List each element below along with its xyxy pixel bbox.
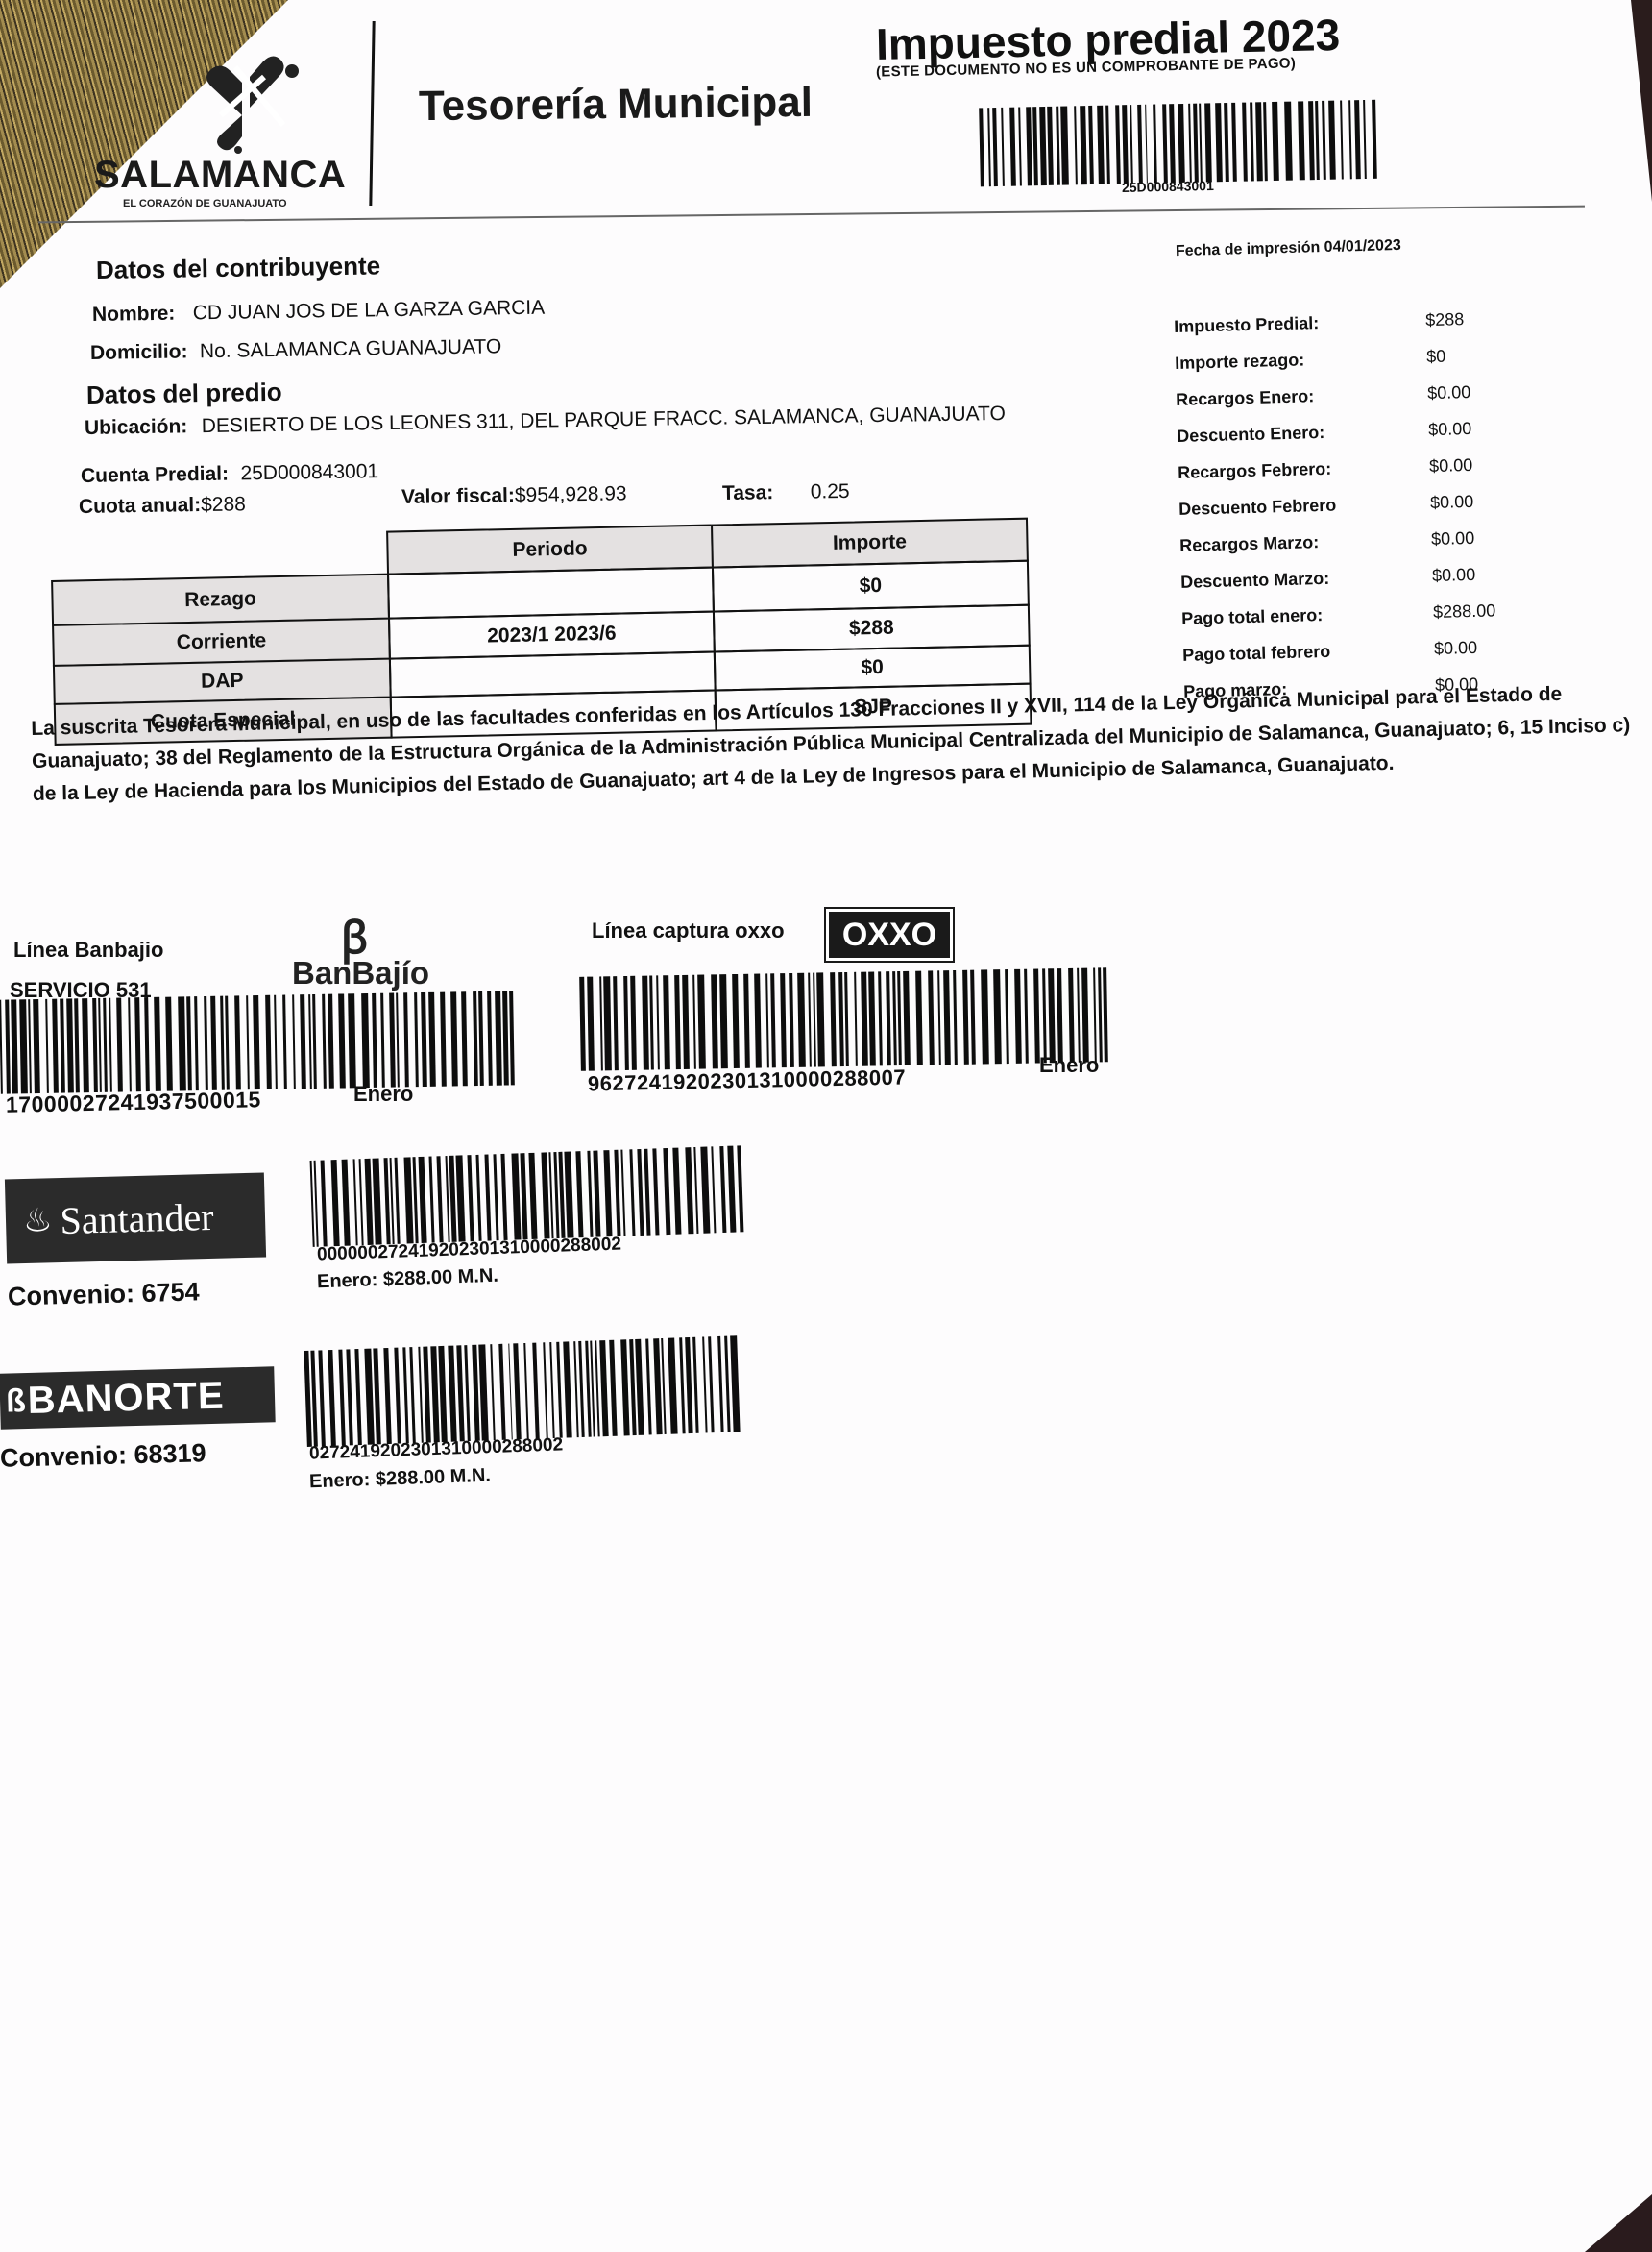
taxpayer-name-row: Nombre: CD JUAN JOS DE LA GARZA GARCIA: [92, 297, 546, 327]
taxpayer-address-row: Domicilio: No. SALAMANCA GUANAJUATO: [90, 335, 502, 365]
banorte-logo: ß BANORTE: [0, 1366, 276, 1429]
annual-fee-row: Cuota anual:$288: [79, 493, 246, 519]
account-label: Cuenta Predial:: [81, 463, 229, 487]
banorte-amount: Enero: $288.00 M.N.: [309, 1465, 492, 1494]
print-date-value: 04/01/2023: [1324, 237, 1400, 256]
property-heading: Datos del predio: [86, 378, 282, 410]
banorte-barcode: [304, 1335, 746, 1447]
oxxo-month: Enero: [1039, 1053, 1099, 1078]
rate-value: 0.25: [811, 480, 850, 503]
municipality-name: SALAMANCA: [94, 154, 346, 197]
salamanca-logo-icon: [182, 48, 307, 154]
rate-label: Tasa:: [722, 481, 774, 504]
location-value: DESIERTO DE LOS LEONES 311, DEL PARQUE F…: [202, 403, 1006, 437]
banbajio-barcode: [0, 991, 520, 1093]
payment-summary: Impuesto Predial:$288 Importe rezago:$0 …: [1174, 307, 1568, 719]
org-title: Tesorería Municipal: [419, 79, 813, 131]
fiscal-value-label: Valor fiscal:: [401, 484, 515, 508]
account-row: Cuenta Predial: 25D000843001: [81, 460, 378, 488]
property-location-row: Ubicación: DESIERTO DE LOS LEONES 311, D…: [85, 403, 1006, 440]
annual-fee-label: Cuota anual:: [79, 494, 202, 518]
name-value: CD JUAN JOS DE LA GARZA GARCIA: [193, 297, 546, 325]
address-value: No. SALAMANCA GUANAJUATO: [200, 335, 502, 362]
banorte-logo-text: BANORTE: [27, 1374, 225, 1422]
oxxo-barcode: [579, 967, 1111, 1071]
print-date: Fecha de impresión 04/01/2023: [1176, 237, 1401, 260]
banbajio-logo-text: BanBajío: [292, 955, 429, 991]
santander-logo: ♨ Santander: [5, 1172, 266, 1263]
santander-amount: Enero: $288.00 M.N.: [317, 1265, 499, 1294]
annual-fee-value: $288: [201, 493, 246, 516]
banorte-mark-icon: ß: [6, 1383, 27, 1421]
background-corner: [1585, 2194, 1652, 2252]
banorte-agreement: Convenio: 68319: [0, 1438, 206, 1474]
header-divider: [369, 21, 375, 206]
oxxo-reference: 96272419202301310000288007: [588, 1065, 907, 1097]
fiscal-value-row: Valor fiscal:$954,928.93: [401, 482, 627, 509]
banbajio-label: Línea Banbajio: [13, 938, 163, 963]
print-date-label: Fecha de impresión: [1176, 239, 1321, 259]
taxpayer-heading: Datos del contribuyente: [96, 251, 381, 285]
fiscal-value: $954,928.93: [515, 482, 627, 506]
account-barcode-number: 25D000843001: [1122, 178, 1214, 195]
banbajio-reference: 17000027241937500015: [6, 1087, 261, 1118]
address-label: Domicilio:: [90, 340, 188, 364]
account-barcode: [979, 100, 1384, 187]
santander-barcode: [310, 1145, 751, 1247]
banbajio-month: Enero: [353, 1082, 413, 1107]
location-label: Ubicación:: [85, 415, 188, 439]
oxxo-logo: OXXO: [826, 909, 953, 961]
background-edge: [1631, 0, 1652, 202]
santander-agreement: Convenio: 6754: [8, 1277, 200, 1311]
oxxo-label: Línea captura oxxo: [592, 918, 785, 943]
santander-logo-text: Santander: [60, 1193, 214, 1242]
account-value: 25D000843001: [240, 460, 378, 484]
municipality-tagline: EL CORAZÓN DE GUANAJUATO: [123, 198, 287, 209]
rate-row: Tasa: 0.25: [722, 480, 850, 505]
santander-flame-icon: ♨: [23, 1201, 54, 1240]
name-label: Nombre:: [92, 303, 176, 326]
